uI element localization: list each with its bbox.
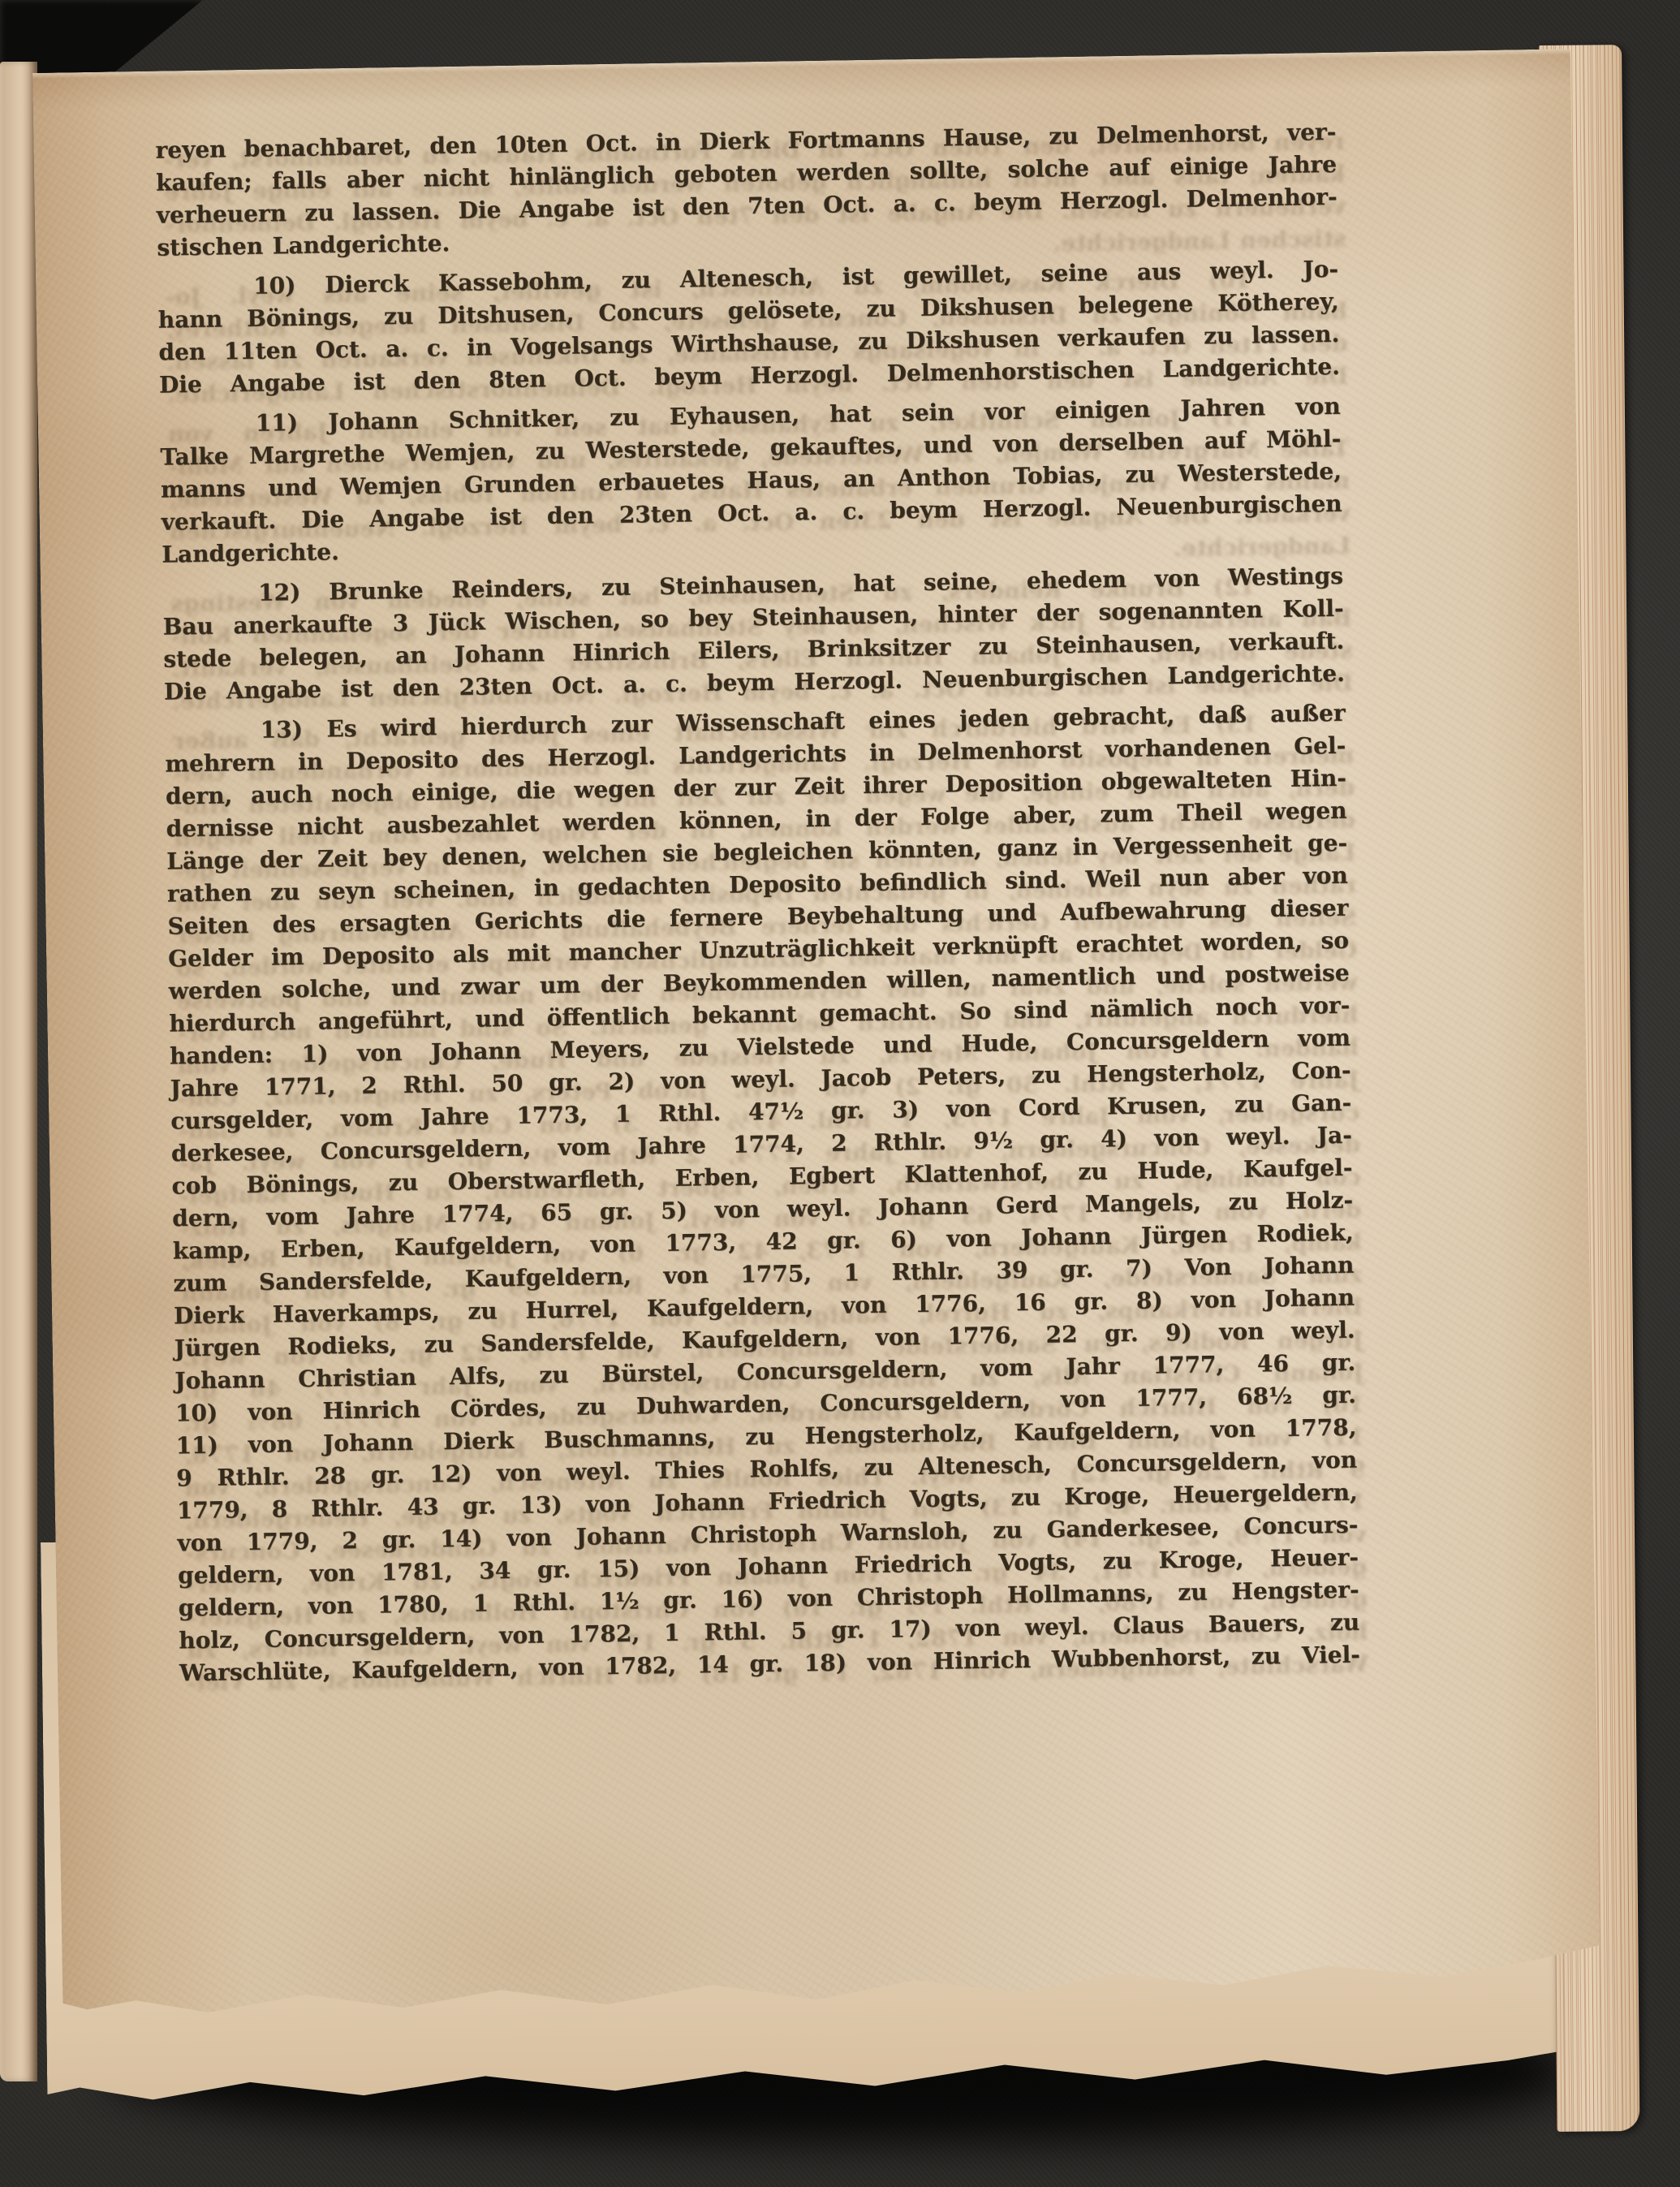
paragraph: 11) Johann Schnitker, zu Eyhausen, hat s…	[160, 390, 1343, 572]
paragraph: 13) Es wird hierdurch zur Wissenschaft e…	[164, 697, 1360, 1690]
paragraph: 10) Dierck Kassebohm, zu Altenesch, ist …	[157, 253, 1340, 402]
previous-page-edge	[0, 62, 37, 2081]
scanned-book-page: reyen benachbaret, den 10ten Oct. in Die…	[0, 0, 1680, 2187]
text-block: reyen benachbaret, den 10ten Oct. in Die…	[155, 116, 1360, 1690]
paragraph: 12) Brunke Reinders, zu Steinhausen, hat…	[162, 560, 1345, 709]
book-page: reyen benachbaret, den 10ten Oct. in Die…	[32, 49, 1600, 2021]
paragraph: reyen benachbaret, den 10ten Oct. in Die…	[155, 116, 1338, 265]
